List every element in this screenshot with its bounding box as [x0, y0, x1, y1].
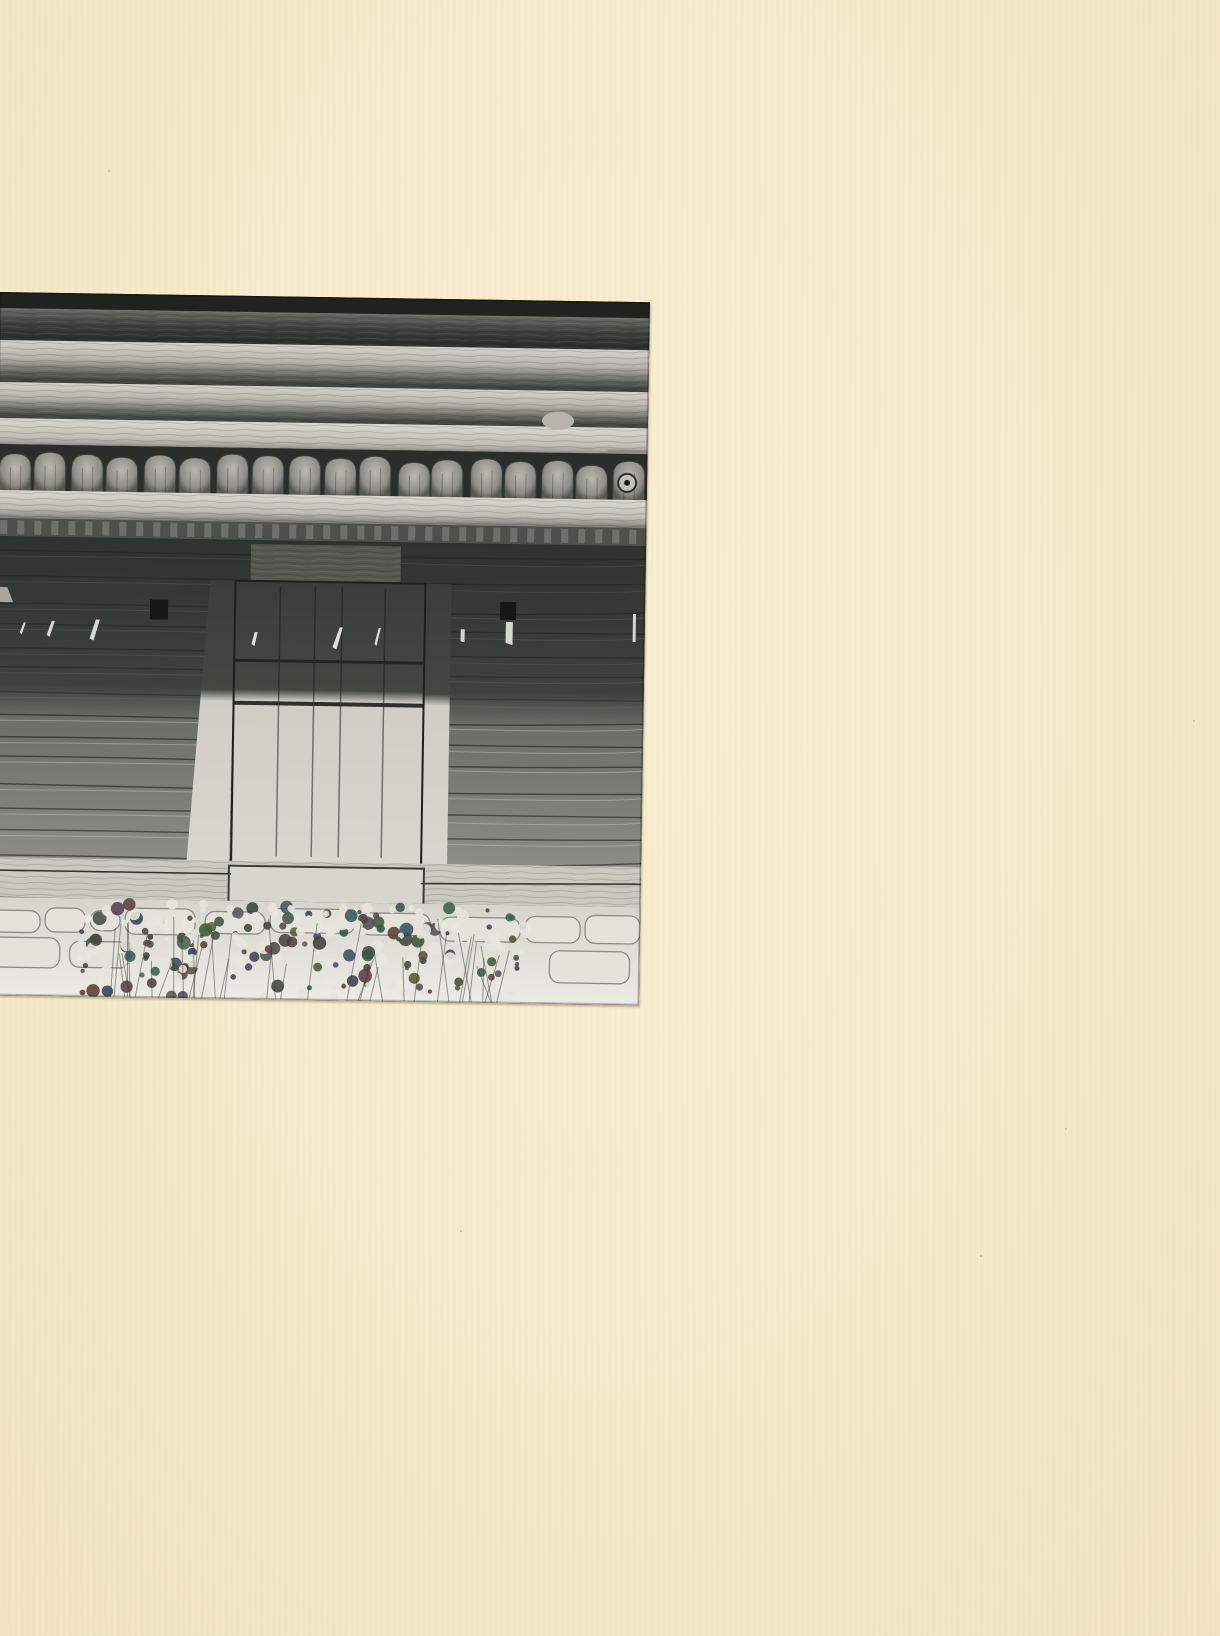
door [186, 543, 452, 874]
paper-speck [108, 170, 110, 172]
paper-speck [1065, 1128, 1067, 1130]
paper-speck [980, 1255, 982, 1257]
photo-image [0, 292, 650, 1005]
upper-log-courses [0, 292, 650, 472]
paper-speck [1193, 720, 1195, 722]
mounted-photograph [0, 292, 650, 1005]
paper-speck [460, 1230, 462, 1232]
